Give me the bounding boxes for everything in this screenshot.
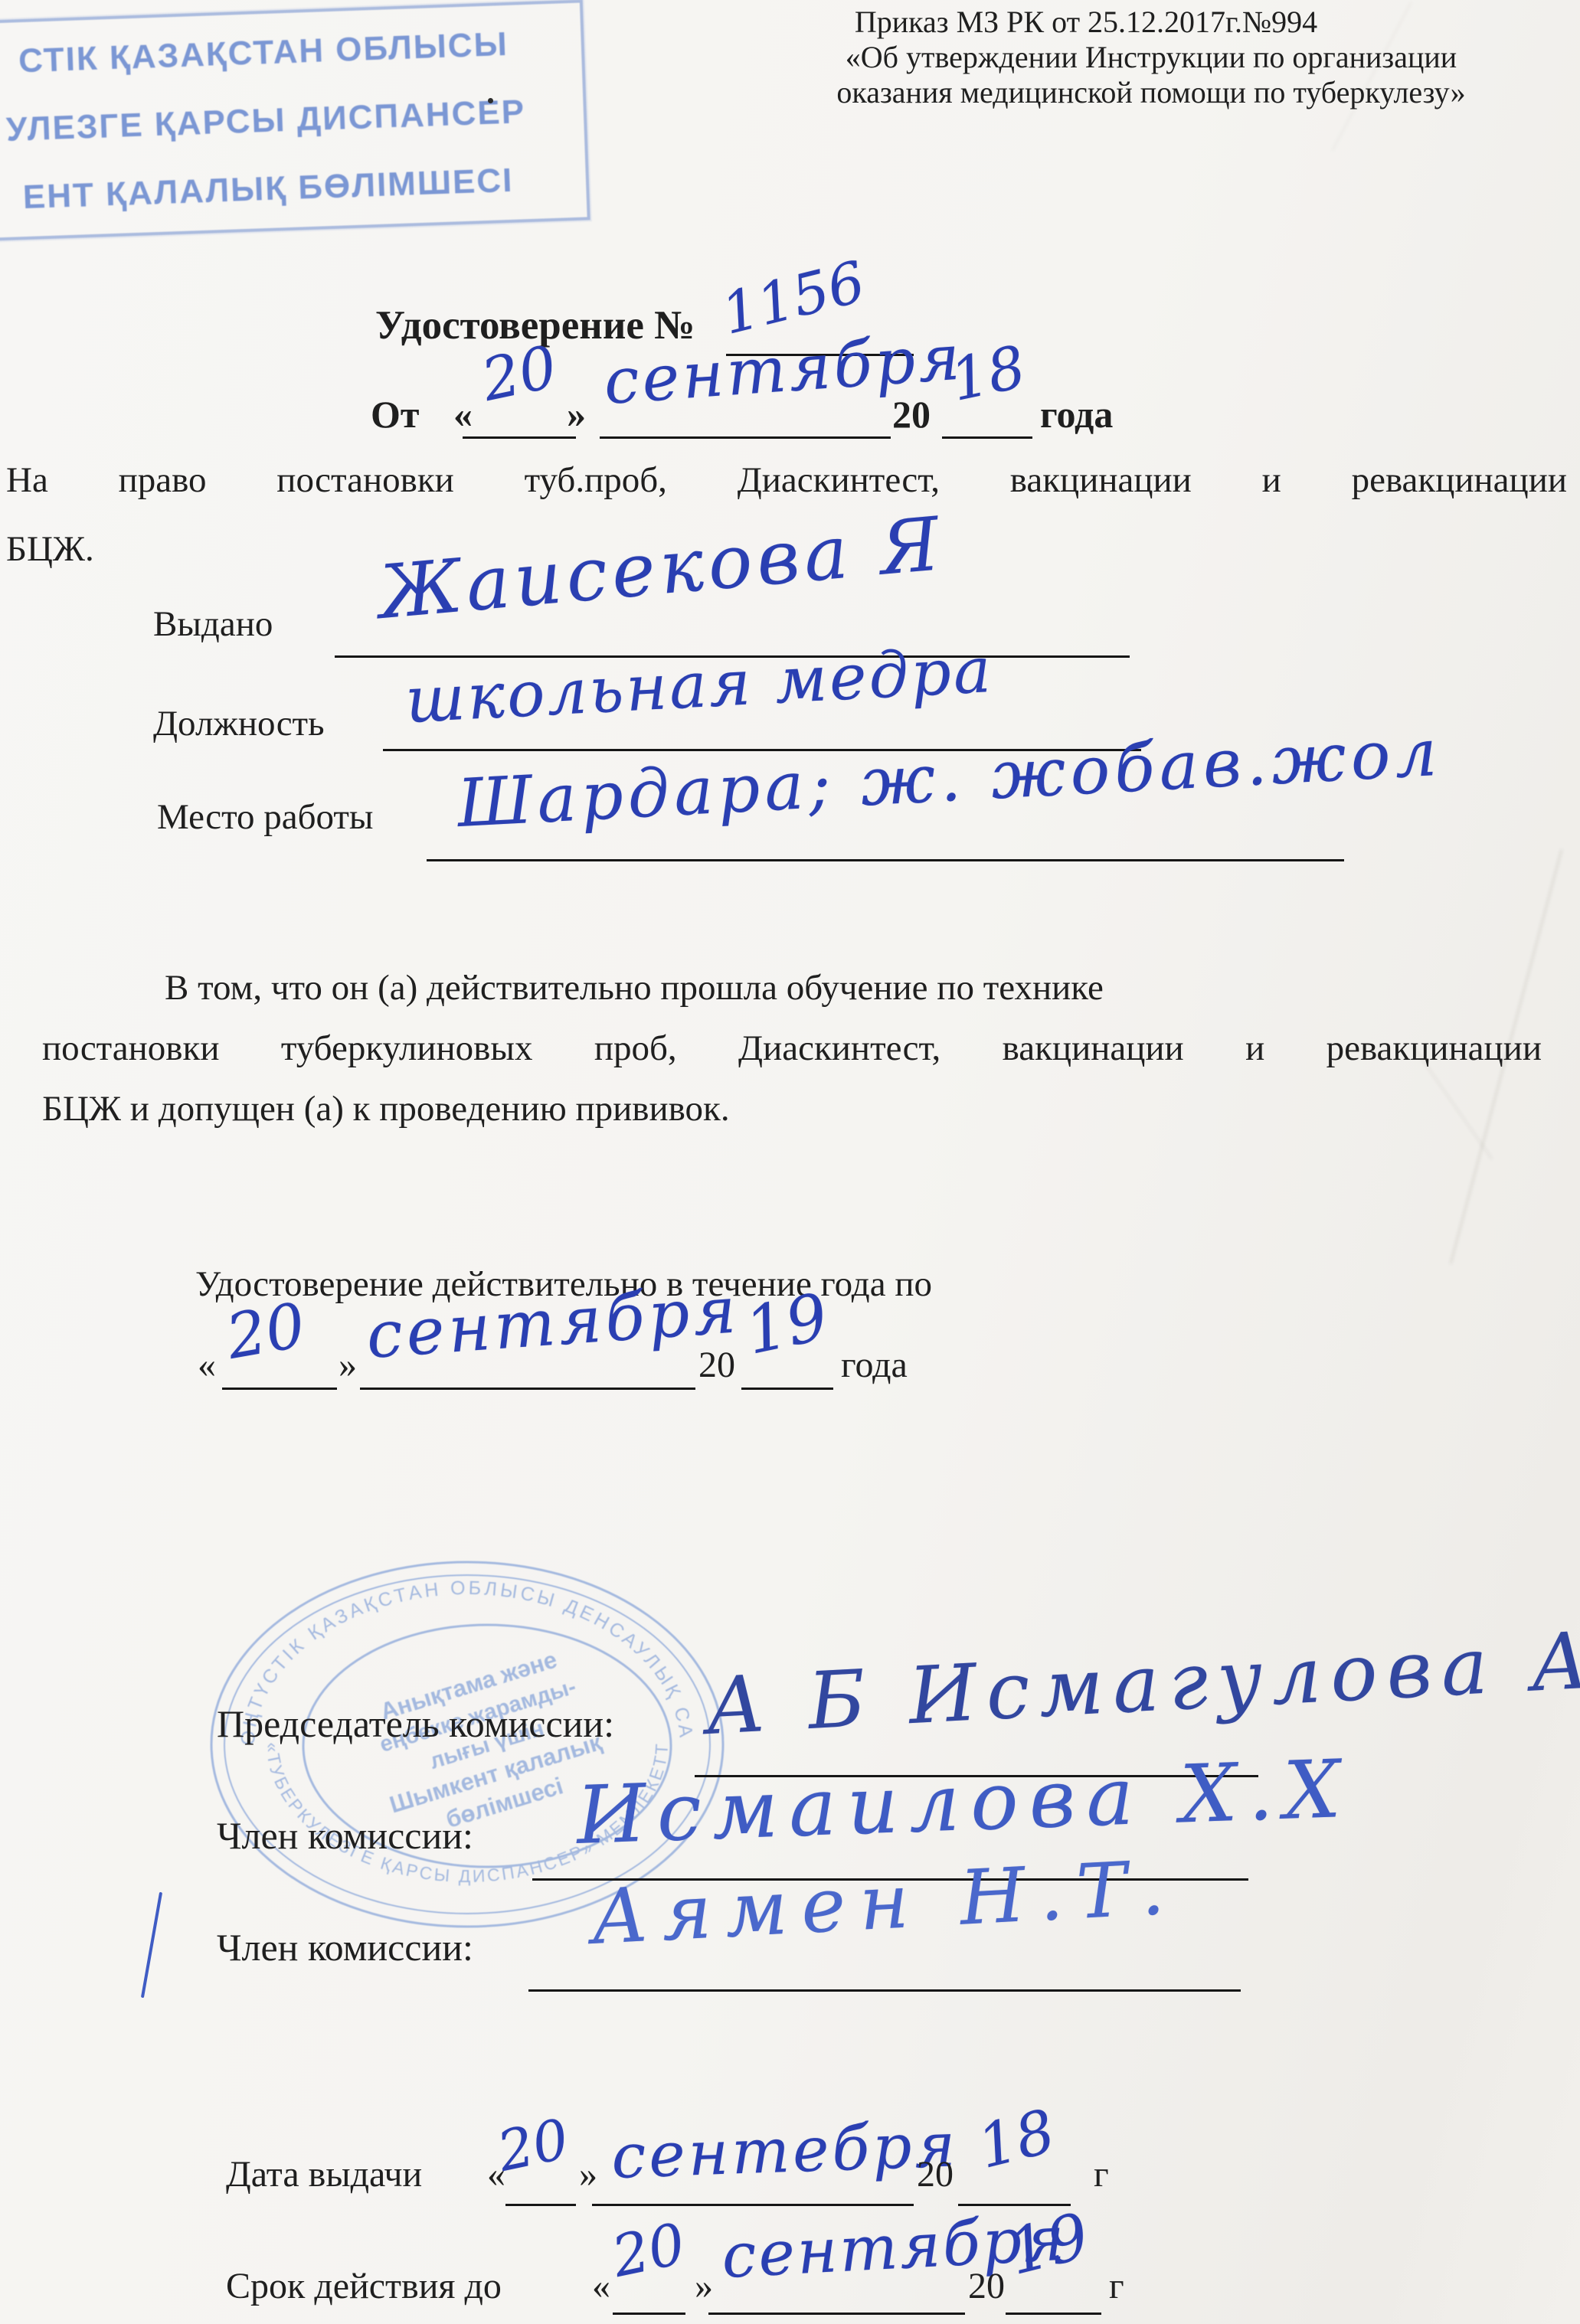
expiry-date-year-line	[1006, 2313, 1101, 2315]
validity-day-line	[222, 1388, 337, 1390]
issue-date-year-handwritten: 18	[971, 2097, 1062, 2182]
validity-century-printed: 20	[698, 1344, 735, 1386]
rect-stamp-line: СТІК ҚАЗАҚСТАН ОБЛЫСЫ	[0, 22, 582, 83]
expiry-date-day-line	[613, 2313, 685, 2315]
expiry-date-close-quote: »	[695, 2265, 713, 2307]
dispensary-rect-stamp: СТІК ҚАЗАҚСТАН ОБЛЫСЫ УЛЕЗГЕ ҚАРСЫ ДИСПА…	[0, 0, 590, 243]
workplace-line	[427, 859, 1344, 861]
order-header-line: оказания медицинской помощи по туберкуле…	[772, 75, 1530, 110]
order-header: Приказ МЗ РК от 25.12.2017г.№994 «Об утв…	[772, 5, 1530, 110]
validity-close-quote: »	[339, 1344, 357, 1386]
rect-stamp-line: ЕНТ ҚАЛАЛЫҚ БӨЛІМШЕСІ	[0, 159, 587, 220]
member2-signature-line	[528, 1989, 1241, 1992]
open-quote: «	[453, 392, 473, 436]
year-line	[942, 436, 1032, 439]
issue-date-month-handwritten: сентебря	[610, 2109, 960, 2192]
expiry-date-open-quote: «	[592, 2265, 610, 2307]
member1-label: Член комиссии:	[217, 1813, 473, 1858]
rect-stamp-line: УЛЕЗГЕ ҚАРСЫ ДИСПАНСЕР	[0, 91, 584, 152]
year-handwritten: 18	[944, 332, 1031, 414]
workplace-label: Место работы	[157, 796, 374, 838]
chairman-signature-handwritten: А Б Исмагулова А.М	[704, 1609, 1580, 1753]
workplace-value-handwritten: Шардара; ж. жобав.жол	[456, 714, 1444, 842]
ink-dot	[488, 98, 493, 103]
expiry-date-day-handwritten: 20	[607, 2211, 691, 2290]
issue-date-century-printed: 20	[917, 2153, 954, 2195]
expiry-date-century-printed: 20	[968, 2265, 1005, 2307]
from-label: От	[371, 392, 419, 436]
expiry-date-suffix: г	[1109, 2265, 1124, 2307]
issued-value-handwritten: Жаисекова Я	[375, 501, 947, 636]
order-header-line: «Об утверждении Инструкции по организаци…	[772, 40, 1530, 75]
issue-date-label: Дата выдачи	[226, 2153, 422, 2195]
certificate-document: СТІК ҚАЗАҚСТАН ОБЛЫСЫ УЛЕЗГЕ ҚАРСЫ ДИСПА…	[0, 0, 1580, 2324]
validity-month-line	[360, 1388, 695, 1390]
close-quote: »	[567, 392, 586, 436]
issue-date-close-quote: »	[579, 2153, 597, 2195]
expiry-date-month-line	[708, 2313, 965, 2315]
day-handwritten: 20	[476, 332, 562, 414]
grant-text-line1: На право постановки туб.проб, Диаскинтес…	[6, 459, 1567, 501]
member2-label: Член комиссии:	[217, 1925, 473, 1969]
year-suffix: года	[1040, 392, 1113, 436]
chairman-label: Председатель комиссии:	[217, 1701, 614, 1746]
day-line	[463, 436, 576, 439]
body-paragraph-line1: В том, что он (а) действительно прошла о…	[165, 967, 1104, 1008]
month-line	[600, 436, 891, 439]
expiry-date-label: Срок действия до	[226, 2265, 502, 2307]
position-value-handwritten: школьная медра	[404, 634, 995, 737]
validity-day-handwritten: 20	[221, 1289, 310, 1373]
issued-label: Выдано	[153, 603, 273, 645]
century-printed: 20	[892, 392, 931, 436]
issue-date-day-handwritten: 20	[492, 2107, 574, 2184]
validity-year-line	[741, 1388, 833, 1390]
issue-date-month-line	[592, 2204, 914, 2206]
validity-year-handwritten: 19	[739, 1279, 835, 1369]
issue-date-suffix: г	[1094, 2153, 1109, 2195]
body-paragraph-line3: БЦЖ и допущен (а) к проведению прививок.	[42, 1088, 730, 1129]
order-header-line: Приказ МЗ РК от 25.12.2017г.№994	[707, 5, 1465, 40]
issue-date-day-line	[505, 2204, 576, 2206]
stray-pen-stroke	[141, 1892, 162, 1999]
position-label: Должность	[153, 703, 325, 744]
validity-suffix: года	[841, 1344, 908, 1386]
grant-text-line2: БЦЖ.	[6, 528, 94, 570]
body-paragraph-line2: постановки туберкулиновых проб, Диаскинт…	[42, 1028, 1542, 1069]
validity-open-quote: «	[198, 1344, 216, 1386]
